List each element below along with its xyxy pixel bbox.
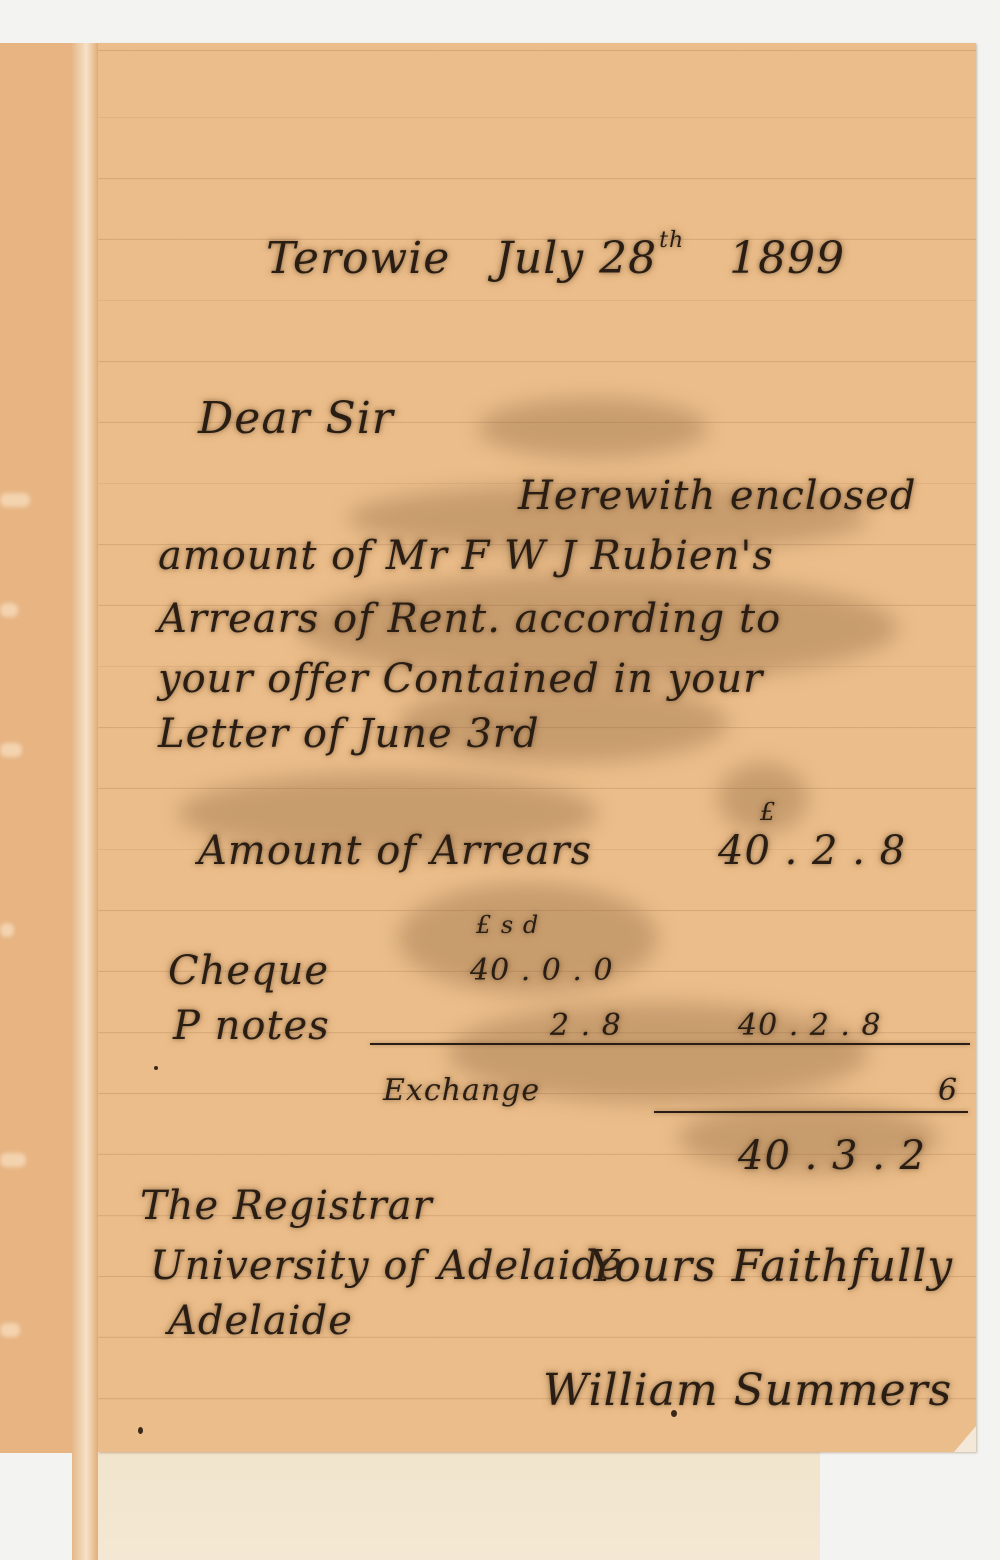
ink-speck <box>671 1410 677 1417</box>
letter-page: Terowie July 28th 1899 Dear Sir Herewith… <box>98 43 976 1452</box>
exchange-label: Exchange <box>383 1073 540 1108</box>
addressee-line-2: University of Adelaide <box>150 1243 623 1289</box>
place-name: Terowie <box>266 233 450 284</box>
total-value: 40 . 3 . 2 <box>738 1133 926 1179</box>
arrears-currency: £ <box>760 798 776 826</box>
bleed-mark <box>0 493 30 507</box>
underlying-sheet <box>84 1440 820 1560</box>
body-line-1: Herewith enclosed <box>518 473 916 519</box>
subtotal-rule <box>370 1043 970 1045</box>
notes-value: 2 . 8 <box>550 1008 622 1043</box>
addressee-line-3: Adelaide <box>168 1298 353 1344</box>
letter-dateline: Terowie July 28th 1899 <box>266 233 845 284</box>
ink-stain <box>478 398 708 458</box>
body-line-3: Arrears of Rent. according to <box>158 596 781 642</box>
bleed-mark <box>0 603 18 617</box>
page-gutter <box>72 43 98 1560</box>
cheque-currency-header: £ s d <box>476 911 539 939</box>
date-day: 28 <box>599 233 657 284</box>
notes-subtotal: 40 . 2 . 8 <box>738 1008 882 1043</box>
ink-speck <box>154 1066 158 1070</box>
facing-page-strip <box>0 43 72 1453</box>
cheque-value: 40 . 0 . 0 <box>470 953 614 988</box>
body-line-2: amount of Mr F W J Rubien's <box>158 533 774 579</box>
bleed-mark <box>0 1323 20 1337</box>
arrears-value: 40 . 2 . 8 <box>718 828 906 874</box>
date-year: 1899 <box>729 233 845 284</box>
signature: William Summers <box>543 1365 952 1416</box>
bleed-mark <box>0 923 14 937</box>
arrears-label: Amount of Arrears <box>198 828 592 874</box>
addressee-line-1: The Registrar <box>140 1183 433 1229</box>
total-rule <box>654 1111 968 1113</box>
salutation: Dear Sir <box>198 393 394 444</box>
folded-corner <box>954 1426 976 1452</box>
body-line-4: your offer Contained in your <box>158 656 763 702</box>
cheque-label: Cheque <box>168 948 329 994</box>
bleed-mark <box>0 743 22 757</box>
notes-label: P notes <box>173 1003 330 1049</box>
closing: Yours Faithfully <box>588 1241 953 1292</box>
date-month: July <box>495 233 584 284</box>
body-line-5: Letter of June 3rd <box>158 711 540 757</box>
exchange-value: 6 <box>938 1073 958 1108</box>
bleed-mark <box>0 1153 26 1167</box>
ink-speck <box>138 1427 143 1434</box>
date-day-suffix: th <box>659 228 684 253</box>
